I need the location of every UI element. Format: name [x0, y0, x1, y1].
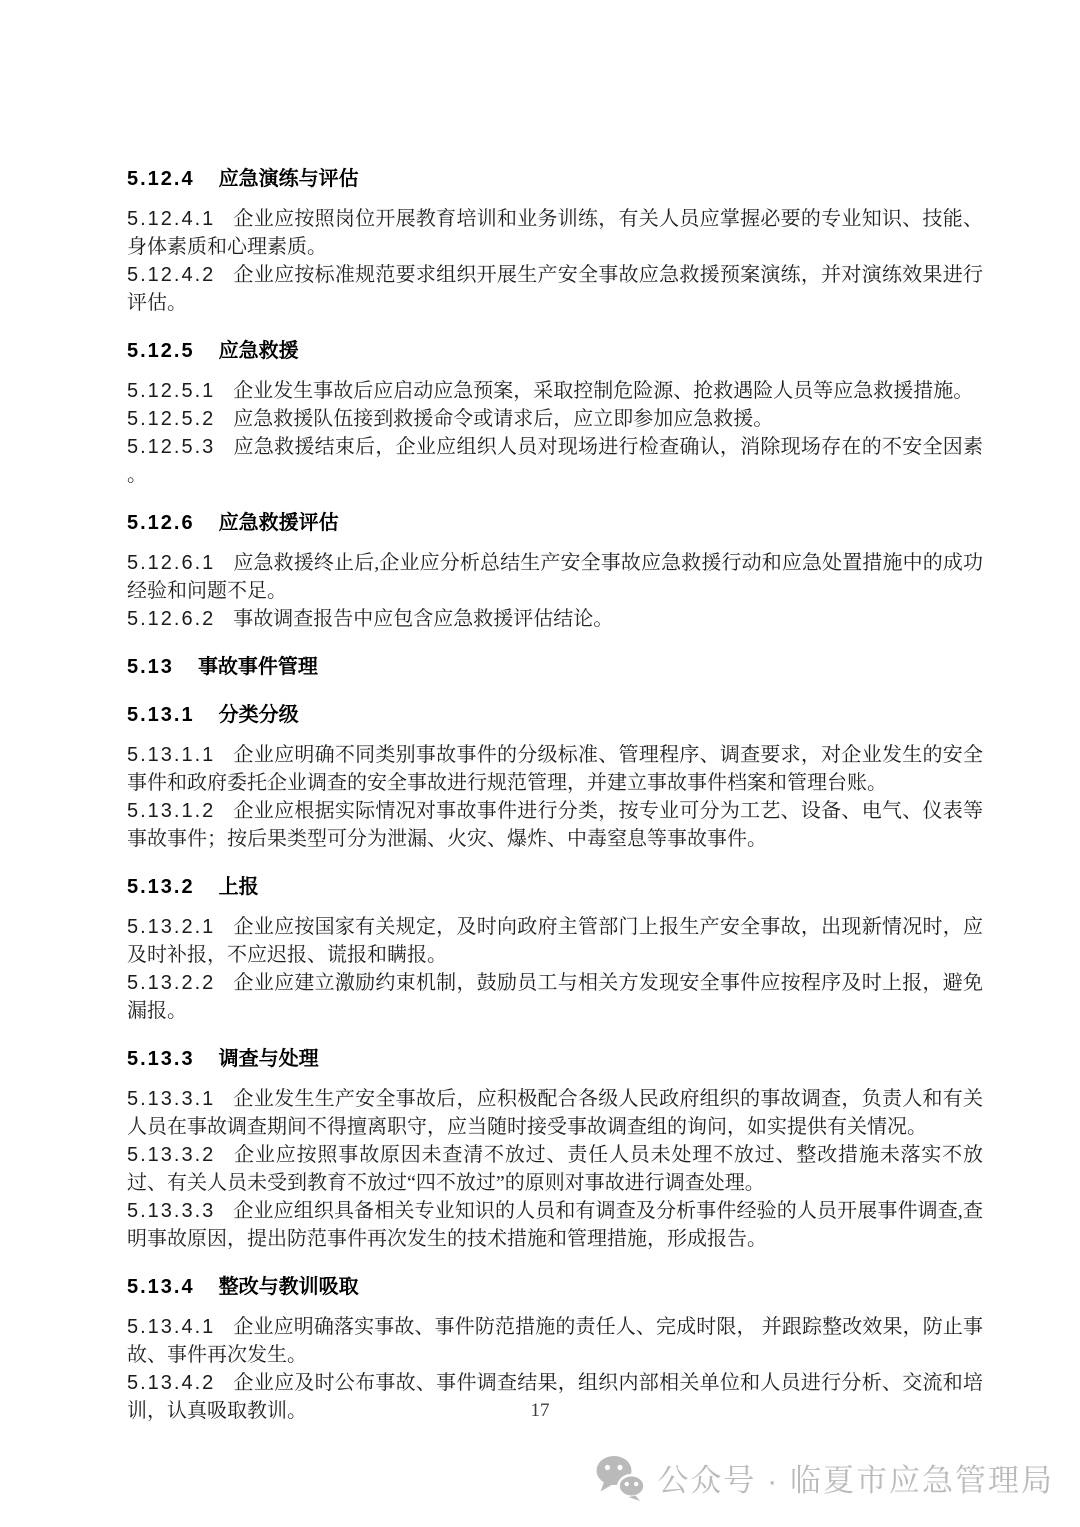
clause-number: 5.13.4.2	[127, 1372, 215, 1394]
section-number: 5.12.6	[127, 512, 195, 534]
clause: 5.13.2.2企业应建立激励约束机制，鼓励员工与相关方发现安全事件应按程序及时…	[127, 969, 983, 1025]
clause-text: 企业应按照事故原因未查清不放过、责任人员未处理不放过、整改措施未落实不放过、有关…	[127, 1144, 983, 1194]
clause-text: 企业应明确落实事故、事件防范措施的责任人、完成时限， 并跟踪整改效果，防止事故、…	[127, 1316, 983, 1366]
clause-number: 5.12.5.2	[127, 408, 215, 430]
clause-number: 5.13.1.1	[127, 744, 215, 766]
clause-number: 5.13.3.3	[127, 1200, 215, 1222]
clause: 5.12.6.2事故调查报告中应包含应急救援评估结论。	[127, 605, 983, 633]
clause: 5.13.1.1企业应明确不同类别事故事件的分级标准、管理程序、调查要求，对企业…	[127, 741, 983, 797]
clause: 5.13.3.1企业发生生产安全事故后，应积极配合各级人民政府组织的事故调查，负…	[127, 1085, 983, 1141]
clause-number: 5.13.3.2	[127, 1144, 215, 1166]
clause: 5.13.2.1企业应按国家有关规定，及时向政府主管部门上报生产安全事故，出现新…	[127, 913, 983, 969]
clause-number: 5.13.4.1	[127, 1316, 215, 1338]
clause-text: 应急救援队伍接到救援命令或请求后，应立即参加应急救援。	[233, 408, 773, 430]
clause-text: 企业应按国家有关规定，及时向政府主管部门上报生产安全事故，出现新情况时，应及时补…	[127, 916, 983, 966]
section-title: 事故事件管理	[198, 656, 318, 678]
clause-text: 应急救援终止后,企业应分析总结生产安全事故应急救援行动和应急处置措施中的成功经验…	[127, 552, 983, 602]
clause-text: 应急救援结束后，企业应组织人员对现场进行检查确认，消除现场存在的不安全因素 。	[127, 436, 983, 486]
document-page: 5.12.4应急演练与评估 5.12.4.1企业应按照岗位开展教育培训和业务训练…	[0, 0, 1080, 1527]
section-heading: 5.12.6应急救援评估	[127, 509, 983, 537]
section-title: 整改与教训吸取	[219, 1276, 359, 1298]
section-heading: 5.12.4应急演练与评估	[127, 165, 983, 193]
section-number: 5.13.2	[127, 876, 195, 898]
section-heading: 5.13.2上报	[127, 873, 983, 901]
clause: 5.12.5.2应急救援队伍接到救援命令或请求后，应立即参加应急救援。	[127, 405, 983, 433]
clause-number: 5.13.2.1	[127, 916, 215, 938]
clause-text: 事故调查报告中应包含应急救援评估结论。	[233, 608, 613, 630]
clause-text: 企业应建立激励约束机制，鼓励员工与相关方发现安全事件应按程序及时上报，避免漏报。	[127, 972, 983, 1022]
clause-text: 企业应按照岗位开展教育培训和业务训练，有关人员应掌握必要的专业知识、技能、身体素…	[127, 208, 983, 258]
clause: 5.13.1.2企业应根据实际情况对事故事件进行分类，按专业可分为工艺、设备、电…	[127, 797, 983, 853]
clause: 5.12.6.1应急救援终止后,企业应分析总结生产安全事故应急救援行动和应急处置…	[127, 549, 983, 605]
clause: 5.12.5.3应急救援结束后，企业应组织人员对现场进行检查确认，消除现场存在的…	[127, 433, 983, 489]
section-title: 分类分级	[219, 704, 299, 726]
document-body: 5.12.4应急演练与评估 5.12.4.1企业应按照岗位开展教育培训和业务训练…	[0, 0, 1080, 1425]
section-heading: 5.13.1分类分级	[127, 701, 983, 729]
section-heading: 5.13.3调查与处理	[127, 1045, 983, 1073]
section-heading: 5.13事故事件管理	[127, 653, 983, 681]
wechat-icon	[595, 1454, 645, 1501]
section-heading: 5.12.5应急救援	[127, 337, 983, 365]
section-title: 应急演练与评估	[219, 168, 359, 190]
watermark: 公众号 · 临夏市应急管理局	[595, 1454, 1054, 1501]
clause-text: 企业发生事故后应启动应急预案，采取控制危险源、抢救遇险人员等应急救援措施。	[233, 380, 973, 402]
clause-number: 5.13.3.1	[127, 1088, 215, 1110]
clause-text: 企业应按标准规范要求组织开展生产安全事故应急救援预案演练，并对演练效果进行评估。	[127, 264, 983, 314]
clause-text: 企业应组织具备相关专业知识的人员和有调查及分析事件经验的人员开展事件调查,查明事…	[127, 1200, 983, 1250]
clause-number: 5.12.5.3	[127, 436, 215, 458]
clause: 5.12.4.1企业应按照岗位开展教育培训和业务训练，有关人员应掌握必要的专业知…	[127, 205, 983, 261]
clause-text: 企业应明确不同类别事故事件的分级标准、管理程序、调查要求，对企业发生的安全事件和…	[127, 744, 983, 794]
clause-number: 5.12.4.2	[127, 264, 215, 286]
clause: 5.13.4.1企业应明确落实事故、事件防范措施的责任人、完成时限， 并跟踪整改…	[127, 1313, 983, 1369]
clause: 5.13.3.2企业应按照事故原因未查清不放过、责任人员未处理不放过、整改措施未…	[127, 1141, 983, 1197]
clause-number: 5.12.4.1	[127, 208, 215, 230]
clause: 5.12.5.1企业发生事故后应启动应急预案，采取控制危险源、抢救遇险人员等应急…	[127, 377, 983, 405]
clause: 5.13.3.3企业应组织具备相关专业知识的人员和有调查及分析事件经验的人员开展…	[127, 1197, 983, 1253]
watermark-text: 公众号 · 临夏市应急管理局	[657, 1455, 1054, 1500]
clause-text: 企业应根据实际情况对事故事件进行分类，按专业可分为工艺、设备、电气、仪表等事故事…	[127, 800, 983, 850]
section-number: 5.12.5	[127, 340, 195, 362]
section-number: 5.13.3	[127, 1048, 195, 1070]
section-number: 5.13.1	[127, 704, 195, 726]
clause-number: 5.12.5.1	[127, 380, 215, 402]
clause-number: 5.13.1.2	[127, 800, 215, 822]
clause-number: 5.13.2.2	[127, 972, 215, 994]
section-title: 上报	[219, 876, 259, 898]
page-number: 17	[0, 1400, 1080, 1422]
section-title: 调查与处理	[219, 1048, 319, 1070]
clause-number: 5.12.6.2	[127, 608, 215, 630]
section-title: 应急救援评估	[219, 512, 339, 534]
clause-number: 5.12.6.1	[127, 552, 215, 574]
section-number: 5.12.4	[127, 168, 195, 190]
clause-text: 企业发生生产安全事故后，应积极配合各级人民政府组织的事故调查，负责人和有关人员在…	[127, 1088, 983, 1138]
section-number: 5.13	[127, 656, 174, 678]
clause: 5.12.4.2企业应按标准规范要求组织开展生产安全事故应急救援预案演练，并对演…	[127, 261, 983, 317]
section-number: 5.13.4	[127, 1276, 195, 1298]
section-title: 应急救援	[219, 340, 299, 362]
section-heading: 5.13.4整改与教训吸取	[127, 1273, 983, 1301]
